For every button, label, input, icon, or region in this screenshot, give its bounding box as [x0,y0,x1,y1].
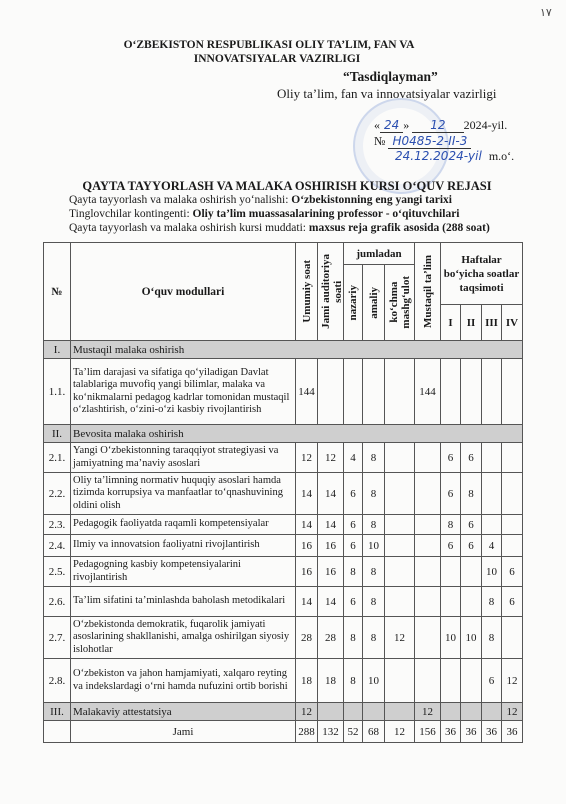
hours-w3: 10 [482,557,502,587]
row-number: 2.5. [44,557,71,587]
section-number: I. [44,341,71,359]
section-number: II. [44,425,71,443]
hours-practice: 8 [363,617,385,659]
hours-w1: 10 [441,617,461,659]
header-independent: Mustaqil ta’lim [415,243,441,341]
header-week-1: I [441,305,461,341]
hours-practice [363,359,385,425]
hours-w2: 6 [461,515,482,535]
hours-theory [344,703,363,721]
header-week-2: II [461,305,482,341]
duration-value: maxsus reja grafik asosida (288 soat) [309,222,490,234]
header-practice: amaliy [363,265,385,341]
hours-w1 [441,659,461,703]
duration-label: Qayta tayyorlash va malaka oshirish kurs… [69,222,309,234]
hours-w2: 8 [461,473,482,515]
plan-duration: Qayta tayyorlash va malaka oshirish kurs… [69,221,490,235]
hours-theory: 8 [344,557,363,587]
hours-auditorium: 18 [318,659,344,703]
total-w1: 36 [441,721,461,743]
handwritten-page-number: ١٧ [540,6,552,19]
contingent-value: Oliy ta’lim muassasalarining professor -… [193,208,460,220]
section-title: Malakaviy attestatsiya [71,703,296,721]
hours-w3: 6 [482,659,502,703]
hours-offsite [385,515,415,535]
hours-independent [415,535,441,557]
hours-total: 18 [296,659,318,703]
total-total: 288 [296,721,318,743]
approval-number-date: 24.12.2024-yil m.o‘. [391,149,514,164]
hours-w4 [502,473,523,515]
hours-total: 14 [296,587,318,617]
header-week-4: IV [502,305,523,341]
hours-w4: 12 [502,659,523,703]
hours-w4: 6 [502,587,523,617]
hours-independent [415,587,441,617]
hours-independent [415,473,441,515]
hours-independent [415,443,441,473]
plan-title: QAYTA TAYYORLASH VA MALAKA OSHIRISH KURS… [0,179,566,194]
table-body: I.Mustaqil malaka oshirish1.1.Ta’lim dar… [44,341,523,743]
section-number: III. [44,703,71,721]
hours-w3 [482,473,502,515]
header-modules: O‘quv modullari [71,243,296,341]
total-offsite: 12 [385,721,415,743]
header-weeks: Haftalar bo‘yicha soatlar taqsimoti [441,243,523,305]
table-row: 2.5.Pedagogning kasbiy kompetensiyalarin… [44,557,523,587]
module-name: Ta’lim darajasi va sifatiga qo‘yiladigan… [71,359,296,425]
module-name: Oliy ta’limning normativ huquqiy asoslar… [71,473,296,515]
total-practice: 68 [363,721,385,743]
row-number: 2.4. [44,535,71,557]
hours-practice: 8 [363,515,385,535]
total-w4: 36 [502,721,523,743]
hours-w4 [502,535,523,557]
hours-practice: 8 [363,473,385,515]
table-row: 2.6.Ta’lim sifatini ta’minlashda baholas… [44,587,523,617]
hours-auditorium: 14 [318,515,344,535]
hours-total: 16 [296,557,318,587]
number-value: H0485-2-II-3 [388,134,471,149]
hours-w4 [502,515,523,535]
hours-w1 [441,557,461,587]
plan-direction: Qayta tayyorlash va malaka oshirish yo‘n… [69,193,452,207]
row-number: 1.1. [44,359,71,425]
hours-w2: 6 [461,443,482,473]
hours-w1: 6 [441,473,461,515]
module-name: O‘zbekistonda demokratik, fuqarolik jami… [71,617,296,659]
hours-w4 [502,359,523,425]
row-number: 2.3. [44,515,71,535]
hours-theory [344,359,363,425]
date-year: 2024-yil. [464,118,508,132]
row-number: 2.8. [44,659,71,703]
total-w2: 36 [461,721,482,743]
plan-contingent: Tinglovchilar kontingenti: Oliy ta’lim m… [69,207,460,221]
module-name: Pedagogning kasbiy kompetensiyalarini ri… [71,557,296,587]
hours-auditorium: 14 [318,587,344,617]
hours-practice: 10 [363,535,385,557]
hours-practice: 10 [363,659,385,703]
hours-w2: 6 [461,535,482,557]
hours-total: 12 [296,703,318,721]
approval-date: «24» 122024-yil. [374,118,507,133]
ministry-name-line2: INNOVATSIYALAR VAZIRLIGI [0,52,560,67]
approval-title: “Tasdiqlayman” [343,69,438,85]
hours-auditorium: 14 [318,473,344,515]
hours-w4 [502,617,523,659]
hours-offsite [385,587,415,617]
hours-offsite [385,473,415,515]
curriculum-table: № O‘quv modullari Umumiy soat Jami audit… [43,242,523,743]
module-name: Yangi O‘zbekistonning taraqqiyot strateg… [71,443,296,473]
hours-total: 16 [296,535,318,557]
table-row: 2.3.Pedagogik faoliyatda raqamli kompete… [44,515,523,535]
hours-w1: 6 [441,535,461,557]
hours-independent: 144 [415,359,441,425]
table-row: 2.8.O‘zbekiston va jahon hamjamiyati, xa… [44,659,523,703]
table-row: 2.2.Oliy ta’limning normativ huquqiy aso… [44,473,523,515]
hours-w4: 6 [502,557,523,587]
section-row: II.Bevosita malaka oshirish [44,425,523,443]
approval-number: № H0485-2-II-3 [374,134,471,149]
approval-organization: Oliy ta’lim, fan va innovatsiyalar vazir… [277,86,497,102]
hours-auditorium: 16 [318,535,344,557]
date-day: 24 [380,118,403,133]
hours-practice: 8 [363,587,385,617]
row-number: 2.1. [44,443,71,473]
hours-w3: 8 [482,587,502,617]
hours-offsite [385,359,415,425]
hours-independent: 12 [415,703,441,721]
header-including: jumladan [344,243,415,265]
table-header: № O‘quv modullari Umumiy soat Jami audit… [44,243,523,341]
total-row: Jami28813252681215636363636 [44,721,523,743]
hours-practice: 8 [363,443,385,473]
ministry-name-line1: O‘ZBEKISTON RESPUBLIKASI OLIY TA’LIM, FA… [0,38,552,53]
hours-w1 [441,359,461,425]
hours-theory: 6 [344,473,363,515]
total-w3: 36 [482,721,502,743]
total-theory: 52 [344,721,363,743]
row-number: 2.2. [44,473,71,515]
hours-auditorium: 12 [318,443,344,473]
hours-w4 [502,443,523,473]
hours-theory: 6 [344,515,363,535]
section-row: I.Mustaqil malaka oshirish [44,341,523,359]
hours-total: 14 [296,473,318,515]
number-date: 24.12.2024-yil [391,149,486,163]
header-theory: nazariy [344,265,363,341]
number-suffix: m.o‘. [489,149,514,163]
hours-theory: 8 [344,659,363,703]
hours-independent [415,515,441,535]
hours-theory: 8 [344,617,363,659]
hours-offsite [385,443,415,473]
hours-w1 [441,587,461,617]
hours-offsite: 12 [385,617,415,659]
hours-w2 [461,703,482,721]
header-total-hours: Umumiy soat [296,243,318,341]
hours-auditorium [318,359,344,425]
hours-w3: 8 [482,617,502,659]
table-row: 2.4.Ilmiy va innovatsion faoliyatni rivo… [44,535,523,557]
header-auditorium-hours: Jami auditoriyasoati [318,243,344,341]
hours-independent [415,557,441,587]
section-title: Bevosita malaka oshirish [71,425,523,443]
hours-auditorium: 16 [318,557,344,587]
row-number: 2.6. [44,587,71,617]
hours-w3 [482,515,502,535]
contingent-label: Tinglovchilar kontingenti: [69,208,193,220]
hours-theory: 6 [344,535,363,557]
hours-w2: 10 [461,617,482,659]
hours-total: 14 [296,515,318,535]
table-row: 1.1.Ta’lim darajasi va sifatiga qo‘yilad… [44,359,523,425]
module-name: Pedagogik faoliyatda raqamli kompetensiy… [71,515,296,535]
section-title: Mustaqil malaka oshirish [71,341,523,359]
total-independent: 156 [415,721,441,743]
hours-w3 [482,359,502,425]
hours-w3: 4 [482,535,502,557]
hours-w1: 8 [441,515,461,535]
hours-w1 [441,703,461,721]
hours-offsite [385,535,415,557]
hours-offsite [385,659,415,703]
header-no: № [44,243,71,341]
attestation-row: III.Malakaviy attestatsiya121212 [44,703,523,721]
hours-practice [363,703,385,721]
hours-w4: 12 [502,703,523,721]
number-prefix: № [374,134,385,148]
hours-auditorium: 28 [318,617,344,659]
module-name: O‘zbekiston va jahon hamjamiyati, xalqar… [71,659,296,703]
total-empty-cell [44,721,71,743]
table-row: 2.1.Yangi O‘zbekistonning taraqqiyot str… [44,443,523,473]
row-number: 2.7. [44,617,71,659]
hours-w2 [461,359,482,425]
hours-auditorium [318,703,344,721]
hours-offsite [385,703,415,721]
hours-total: 28 [296,617,318,659]
hours-independent [415,659,441,703]
hours-offsite [385,557,415,587]
table-row: 2.7.O‘zbekistonda demokratik, fuqarolik … [44,617,523,659]
date-close-quote: » [403,118,409,132]
header-offsite: ko‘chmamashg‘ulot [385,265,415,341]
hours-w2 [461,587,482,617]
hours-w2 [461,557,482,587]
hours-w1: 6 [441,443,461,473]
hours-practice: 8 [363,557,385,587]
header-week-3: III [482,305,502,341]
date-month: 12 [412,118,463,133]
total-auditorium: 132 [318,721,344,743]
module-name: Ilmiy va innovatsion faoliyatni rivojlan… [71,535,296,557]
hours-theory: 4 [344,443,363,473]
hours-independent [415,617,441,659]
hours-w3 [482,703,502,721]
module-name: Ta’lim sifatini ta’minlashda baholash me… [71,587,296,617]
direction-label: Qayta tayyorlash va malaka oshirish yo‘n… [69,194,291,206]
hours-w3 [482,443,502,473]
hours-w2 [461,659,482,703]
total-label: Jami [71,721,296,743]
hours-total: 144 [296,359,318,425]
hours-theory: 6 [344,587,363,617]
hours-total: 12 [296,443,318,473]
direction-value: O‘zbekistonning eng yangi tarixi [291,194,452,206]
